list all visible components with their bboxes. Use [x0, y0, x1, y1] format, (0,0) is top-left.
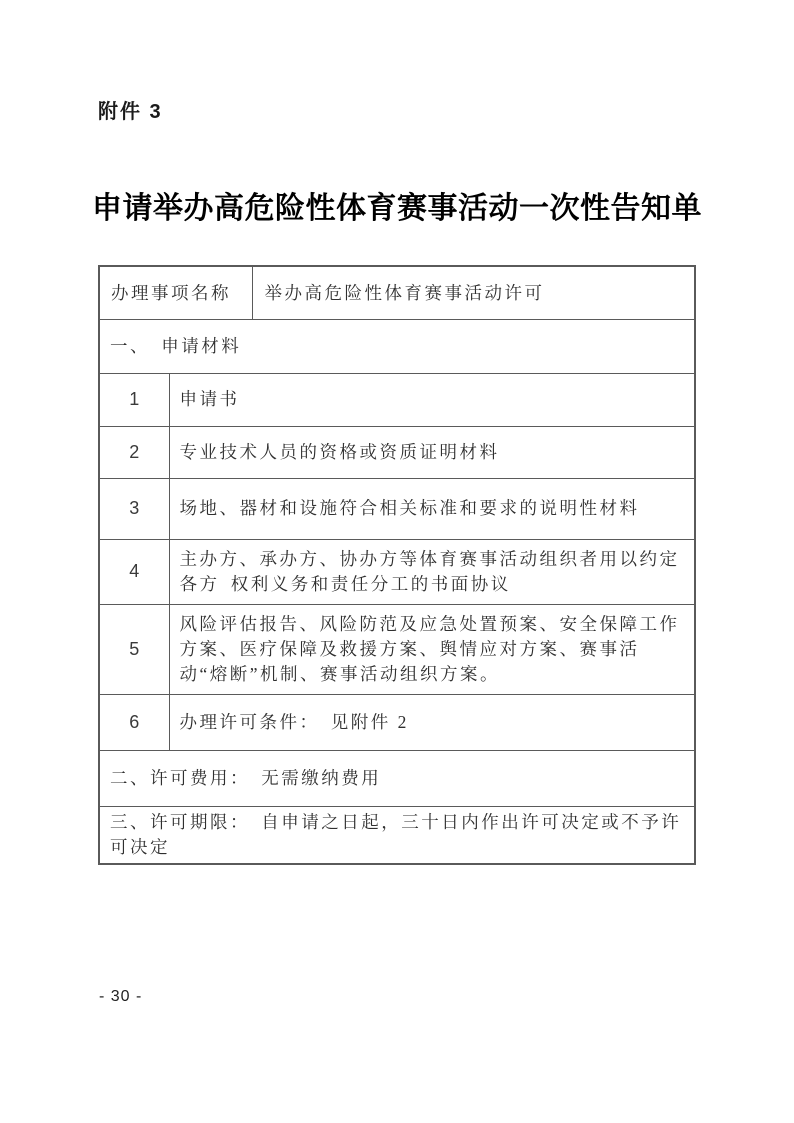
item-5-number: 5	[99, 604, 169, 694]
section3-text: 三、许可期限： 自申请之日起，三十日内作出许可决定或不予许可决定	[99, 806, 695, 864]
table-row-section2: 二、许可费用： 无需缴纳费用	[99, 750, 695, 806]
section2-text: 二、许可费用： 无需缴纳费用	[99, 750, 695, 806]
item-6-number: 6	[99, 694, 169, 750]
matter-name-value: 举办高危险性体育赛事活动许可	[252, 266, 695, 319]
table-row-item-6: 6 办理许可条件： 见附件 2	[99, 694, 695, 750]
item-2-number: 2	[99, 426, 169, 478]
table-row-item-3: 3 场地、器材和设施符合相关标准和要求的说明性材料	[99, 478, 695, 539]
item-6-text: 办理许可条件： 见附件 2	[169, 694, 695, 750]
table-row-item-5: 5 风险评估报告、风险防范及应急处置预案、安全保障工作方案、医疗保障及救援方案、…	[99, 604, 695, 694]
table-row-header: 办理事项名称 举办高危险性体育赛事活动许可	[99, 266, 695, 319]
table-row-section1: 一、 申请材料	[99, 319, 695, 373]
attachment-label: 附件 3	[98, 95, 163, 124]
item-4-number: 4	[99, 539, 169, 604]
section1-title: 一、 申请材料	[99, 319, 695, 373]
table-row-item-4: 4 主办方、承办方、协办方等体育赛事活动组织者用以约定各方 权利义务和责任分工的…	[99, 539, 695, 604]
item-5-text: 风险评估报告、风险防范及应急处置预案、安全保障工作方案、医疗保障及救援方案、舆情…	[169, 604, 695, 694]
item-1-number: 1	[99, 373, 169, 426]
table-row-item-2: 2 专业技术人员的资格或资质证明材料	[99, 426, 695, 478]
page-number: - 30 -	[99, 988, 142, 1006]
document-page: 附件 3 申请举办高危险性体育赛事活动一次性告知单 办理事项名称 举办高危险性体…	[0, 0, 794, 1123]
table-row-section3: 三、许可期限： 自申请之日起，三十日内作出许可决定或不予许可决定	[99, 806, 695, 864]
matter-name-label: 办理事项名称	[99, 266, 252, 319]
item-1-text: 申请书	[169, 373, 695, 426]
item-2-text: 专业技术人员的资格或资质证明材料	[169, 426, 695, 478]
item-3-text: 场地、器材和设施符合相关标准和要求的说明性材料	[169, 478, 695, 539]
notification-table: 办理事项名称 举办高危险性体育赛事活动许可 一、 申请材料 1 申请书 2 专业…	[98, 265, 696, 865]
table-row-item-1: 1 申请书	[99, 373, 695, 426]
item-3-number: 3	[99, 478, 169, 539]
item-4-text: 主办方、承办方、协办方等体育赛事活动组织者用以约定各方 权利义务和责任分工的书面…	[169, 539, 695, 604]
page-title: 申请举办高危险性体育赛事活动一次性告知单	[0, 183, 794, 227]
